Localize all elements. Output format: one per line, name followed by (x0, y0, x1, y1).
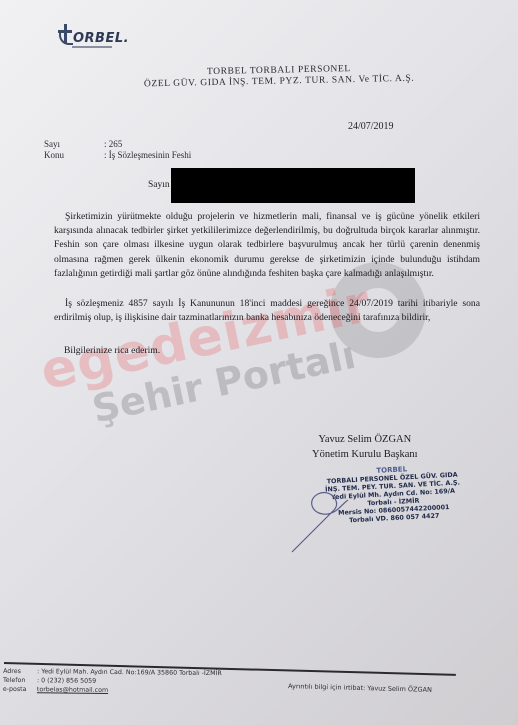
subject-line: Konu: İş Sözleşmesinin Feshi (44, 150, 191, 160)
address-label: Adres (3, 667, 37, 676)
salutation: Sayın (148, 180, 170, 190)
signatory-title: Yönetim Kurulu Başkanı (312, 447, 418, 462)
body-paragraph-1: Şirketimizin yürütmekte olduğu projeleri… (54, 210, 480, 281)
reference-label: Sayı (44, 139, 104, 149)
closing-line: Bilgilerinize rica ederim. (64, 344, 490, 358)
phone-label: Telefon (3, 676, 37, 685)
letter-date: 24/07/2019 (348, 121, 394, 132)
letter-page: ORBEL. TORBEL TORBALI PERSONEL ÖZEL GÜV.… (0, 0, 518, 725)
phone-value: : 0 (232) 856 5059 (37, 677, 96, 685)
footer-contact-person: Ayrıntılı bilgi için irtibat: Yavuz Seli… (288, 682, 432, 694)
company-name: TORBEL TORBALI PERSONEL ÖZEL GÜV. GIDA İ… (0, 61, 518, 93)
watermark-site-name: egedeizmir (35, 274, 376, 403)
email-link[interactable]: torbelas@hotmail.com (37, 686, 108, 694)
email-label: e-posta (3, 685, 37, 694)
reference-value: : 265 (104, 139, 122, 149)
logo-text: ORBEL. (73, 31, 129, 46)
signatory-name: Yavuz Selim ÖZGAN (312, 432, 418, 447)
body-paragraph-2: İş sözleşmeniz 4857 sayılı İş Kanununun … (54, 297, 480, 325)
subject-value: : İş Sözleşmesinin Feshi (104, 150, 191, 160)
footer-contact-info: Adres: Yedi Eylül Mah. Aydın Cad. No:169… (3, 667, 222, 696)
torbel-logo-icon (58, 24, 72, 46)
handwritten-signature-icon (290, 480, 380, 560)
redaction-box (171, 168, 415, 203)
signatory-block: Yavuz Selim ÖZGAN Yönetim Kurulu Başkanı (312, 432, 418, 462)
logo-tagline (72, 46, 112, 48)
reference-number: Sayı: 265 (44, 139, 122, 149)
subject-label: Konu (44, 150, 104, 160)
company-logo: ORBEL. (58, 24, 129, 46)
